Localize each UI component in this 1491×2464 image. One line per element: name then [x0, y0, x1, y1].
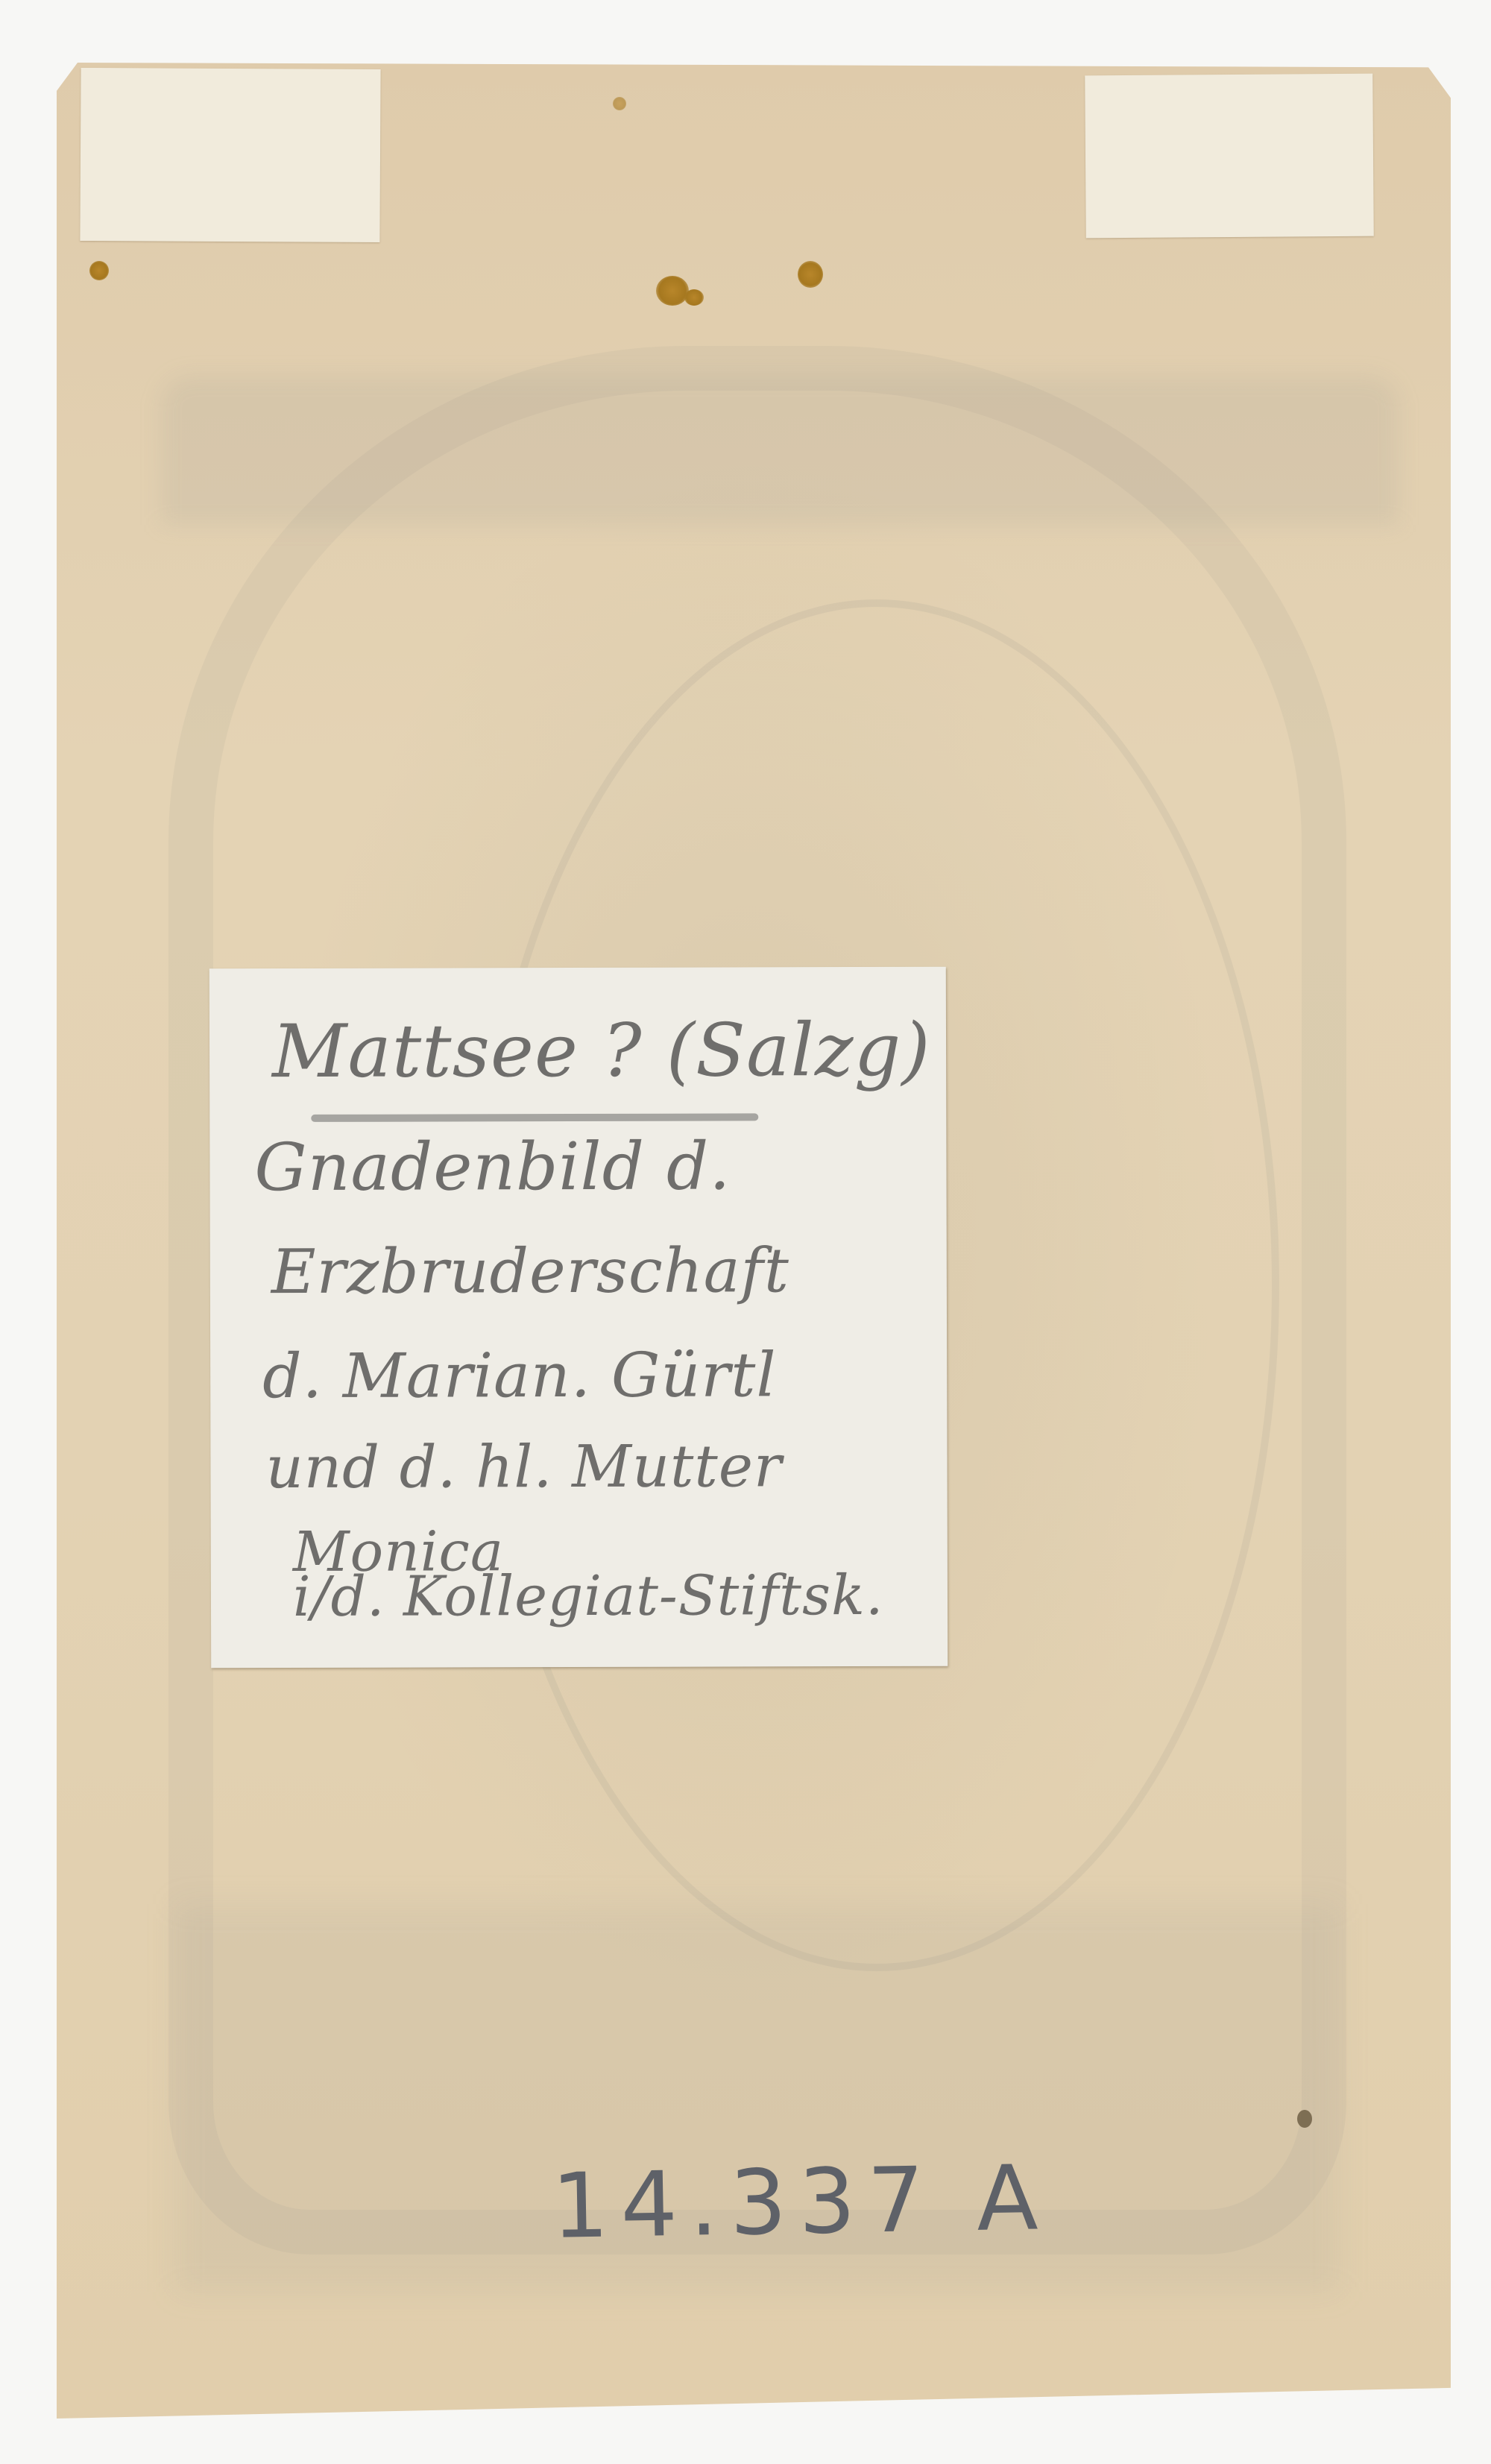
label-line-4: d. Marian. Gürtl	[262, 1340, 777, 1412]
label-underline	[311, 1113, 758, 1122]
foxing-stain	[798, 261, 823, 288]
label-line-3: Erzbruderschaft	[271, 1235, 789, 1308]
label-line-5: und d. hl. Mutter	[265, 1433, 782, 1502]
foxing-stain	[656, 276, 689, 306]
handwritten-label-card: Mattsee ? (Salzg) Gnadenbild d. Erzbrude…	[209, 967, 948, 1669]
mounting-hinge-left	[80, 68, 380, 242]
label-line-place: Mattsee ? (Salzg)	[272, 1008, 931, 1094]
foxing-stain	[613, 97, 626, 110]
foxing-stain	[1297, 2110, 1312, 2128]
foxing-stain	[89, 261, 109, 280]
foxing-stain	[684, 289, 704, 306]
label-line-7: i/d. Kollegiat-Stiftsk.	[293, 1563, 884, 1629]
mounting-hinge-right	[1085, 74, 1374, 239]
inventory-number: 14.337 A	[551, 2146, 1050, 2259]
label-line-2: Gnadenbild d.	[254, 1127, 731, 1206]
